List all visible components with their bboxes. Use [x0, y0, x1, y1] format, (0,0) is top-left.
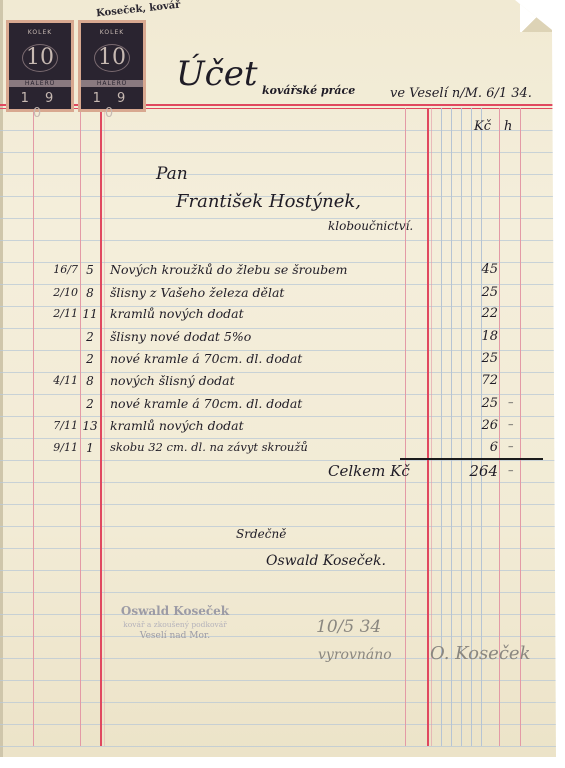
- ruled-line: [0, 130, 556, 131]
- place-date: ve Veselí n/M. 6/1 34.: [390, 86, 532, 101]
- item-cents-dash: –: [508, 396, 518, 409]
- revenue-stamp: KOLEK 10 HALÉŘŮ 1 9 0: [6, 20, 74, 112]
- item-qty: 2: [82, 352, 98, 366]
- item-description: šlisny z Vašeho železa dělat: [110, 285, 284, 300]
- item-qty: 2: [82, 397, 98, 411]
- currency-column-header: Kč: [474, 119, 491, 134]
- ruled-line: [0, 636, 556, 637]
- item-qty: 5: [82, 263, 98, 277]
- item-description: nové kramle á 70cm. dl. dodat: [110, 351, 302, 366]
- item-qty: 1: [82, 441, 98, 455]
- ruled-line: [0, 438, 556, 439]
- item-amount: 25: [456, 285, 498, 300]
- closing-greeting: Srdečně: [236, 527, 286, 541]
- signature-name: Oswald Koseček.: [266, 553, 386, 569]
- stamp-company-name: Oswald Koseček: [100, 604, 250, 618]
- ruled-line: [0, 592, 556, 593]
- revenue-stamp: KOLEK 10 HALÉŘŮ 1 9 0: [78, 20, 146, 112]
- addressee-name: František Hostýnek,: [176, 191, 361, 212]
- folded-corner: [520, 0, 556, 32]
- total-cents-dash: –: [508, 464, 518, 477]
- ruled-line: [0, 174, 556, 175]
- amount-margin-line: [427, 108, 429, 746]
- item-date: 4/11: [38, 374, 78, 387]
- paper-edge: [0, 0, 3, 757]
- desc-margin-line: [100, 108, 102, 746]
- ruled-line: [0, 482, 556, 483]
- ruled-line: [0, 702, 556, 703]
- item-date: 16/7: [38, 263, 78, 276]
- item-description: kramlů nových dodat: [110, 418, 244, 433]
- settlement-signature: O. Koseček: [430, 643, 530, 664]
- item-date: 2/10: [38, 286, 78, 299]
- ruled-line: [0, 504, 556, 505]
- desc-end-line: [405, 108, 406, 746]
- date-column-line: [33, 108, 34, 746]
- total-amount: 264: [462, 462, 498, 480]
- ruled-line: [0, 218, 556, 219]
- item-amount: 25: [456, 396, 498, 411]
- item-amount: 45: [456, 262, 498, 277]
- item-amount: 18: [456, 329, 498, 344]
- addressee-trade: kloboučnictví.: [328, 219, 413, 233]
- item-amount: 22: [456, 306, 498, 321]
- stamp-town: Veselí nad Mor.: [100, 631, 250, 641]
- item-cents-dash: –: [508, 440, 518, 453]
- company-rubber-stamp: Oswald Koseček kovář a zkoušený podkovář…: [100, 604, 250, 641]
- settlement-note: vyrovnáno: [318, 647, 392, 663]
- invoice-title: Účet: [176, 54, 257, 94]
- item-description: šlisny nové dodat 5%o: [110, 329, 251, 344]
- ruled-line: [0, 240, 556, 241]
- item-qty: 8: [82, 286, 98, 300]
- settlement-date: 10/5 34: [316, 617, 381, 637]
- ruled-line: [0, 152, 556, 153]
- ruled-line: [0, 548, 556, 549]
- ruled-line: [0, 680, 556, 681]
- item-cents-dash: –: [508, 418, 518, 431]
- ruled-line: [0, 724, 556, 725]
- invoice-subtitle: kovářské práce: [262, 84, 355, 97]
- ruled-line: [0, 460, 556, 461]
- stamp-trade: kovář a zkoušený podkovář: [100, 620, 250, 629]
- item-description: nové kramle á 70cm. dl. dodat: [110, 396, 302, 411]
- item-description: nových šlisný dodat: [110, 373, 235, 388]
- ruled-line: [0, 394, 556, 395]
- item-qty: 8: [82, 374, 98, 388]
- item-description: skobu 32 cm. dl. na závyt skroužů: [110, 440, 308, 454]
- item-qty: 11: [82, 307, 98, 321]
- item-description: Nových kroužků do žlebu se šroubem: [110, 262, 347, 277]
- ruled-line: [0, 416, 556, 417]
- addressee-salutation: Pan: [156, 164, 188, 184]
- ruled-line: [0, 746, 556, 747]
- item-description: kramlů nových dodat: [110, 306, 244, 321]
- item-qty: 2: [82, 330, 98, 344]
- ruled-line: [0, 570, 556, 571]
- item-date: 2/11: [38, 307, 78, 320]
- item-amount: 25: [456, 351, 498, 366]
- item-date: 9/11: [38, 441, 78, 454]
- qty-column-line: [80, 108, 81, 746]
- item-amount: 26: [456, 418, 498, 433]
- ruled-line: [0, 614, 556, 615]
- item-amount: 72: [456, 373, 498, 388]
- sum-underline: [400, 458, 543, 460]
- desc-margin-line: [104, 108, 105, 746]
- item-date: 7/11: [38, 419, 78, 432]
- item-qty: 13: [82, 419, 98, 433]
- total-label: Celkem Kč: [328, 462, 410, 480]
- item-amount: 6: [456, 440, 498, 455]
- cents-column-header: h: [504, 119, 512, 134]
